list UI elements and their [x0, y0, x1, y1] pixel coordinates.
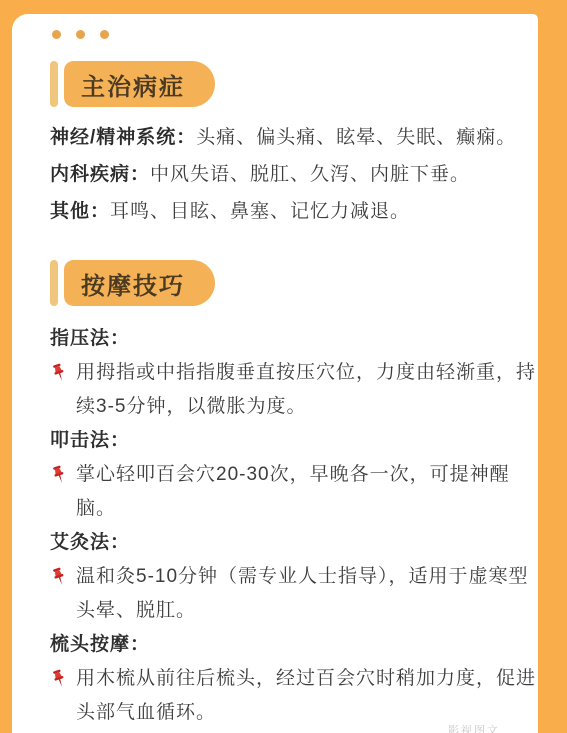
- method-bullet: 用木梳从前往后梳头，经过百会穴时稍加力度，促进头部气血循环。: [50, 662, 538, 730]
- indication-label: 其他：: [50, 201, 110, 222]
- method-bullet: 用拇指或中指指腹垂直按压穴位，力度由轻渐重，持续3-5分钟，以微胀为度。: [50, 356, 538, 424]
- method-tip: 用木梳从前往后梳头，经过百会穴时稍加力度，促进头部气血循环。: [76, 662, 538, 730]
- indication-text: 头痛、偏头痛、眩晕、失眠、癫痫。: [196, 127, 516, 148]
- method-name: 梳头按摩：: [50, 628, 538, 662]
- dot-icon: [100, 30, 109, 39]
- method-name: 艾灸法：: [50, 526, 538, 560]
- method-tip: 掌心轻叩百会穴20-30次，早晚各一次，可提神醒脑。: [76, 458, 538, 526]
- pushpin-icon: [50, 560, 76, 589]
- method-name: 指压法：: [50, 322, 538, 356]
- method-tip: 用拇指或中指指腹垂直按压穴位，力度由轻渐重，持续3-5分钟，以微胀为度。: [76, 356, 538, 424]
- method-name: 叩击法：: [50, 424, 538, 458]
- indication-text: 中风失语、脱肛、久泻、内脏下垂。: [150, 164, 470, 185]
- dot-icon: [52, 30, 61, 39]
- accent-bar: [50, 260, 58, 306]
- infographic-card: { "colors": { "frame_orange": "#F9AE4B",…: [0, 0, 567, 733]
- indication-text: 耳鸣、目眩、鼻塞、记忆力减退。: [110, 201, 410, 222]
- massage-methods: 指压法： 用拇指或中指指腹垂直按压穴位，力度由轻渐重，持续3-5分钟，以微胀为度…: [50, 322, 538, 730]
- indications-list: 神经/精神系统：头痛、偏头痛、眩晕、失眠、癫痫。 内科疾病：中风失语、脱肛、久泻…: [50, 119, 528, 230]
- pushpin-icon: [50, 662, 76, 691]
- section-header-indications: 主治病症: [50, 61, 538, 107]
- indication-line: 其他：耳鸣、目眩、鼻塞、记忆力减退。: [50, 193, 528, 230]
- pushpin-icon: [50, 356, 76, 385]
- method-bullet: 温和灸5-10分钟（需专业人士指导），适用于虚寒型头晕、脱肛。: [50, 560, 538, 628]
- decorative-dots: [52, 30, 538, 39]
- indication-label: 神经/精神系统：: [50, 127, 196, 148]
- content-card: 主治病症 神经/精神系统：头痛、偏头痛、眩晕、失眠、癫痫。 内科疾病：中风失语、…: [12, 14, 538, 733]
- method-bullet: 掌心轻叩百会穴20-30次，早晚各一次，可提神醒脑。: [50, 458, 538, 526]
- section-title-indications: 主治病症: [64, 61, 215, 107]
- indication-label: 内科疾病：: [50, 164, 150, 185]
- method-tip: 温和灸5-10分钟（需专业人士指导），适用于虚寒型头晕、脱肛。: [76, 560, 538, 628]
- pushpin-icon: [50, 458, 76, 487]
- dot-icon: [76, 30, 85, 39]
- watermark: 影视图文: [448, 722, 500, 733]
- indication-line: 神经/精神系统：头痛、偏头痛、眩晕、失眠、癫痫。: [50, 119, 528, 156]
- section-header-massage: 按摩技巧: [50, 260, 538, 306]
- indication-line: 内科疾病：中风失语、脱肛、久泻、内脏下垂。: [50, 156, 528, 193]
- accent-bar: [50, 61, 58, 107]
- section-title-massage: 按摩技巧: [64, 260, 215, 306]
